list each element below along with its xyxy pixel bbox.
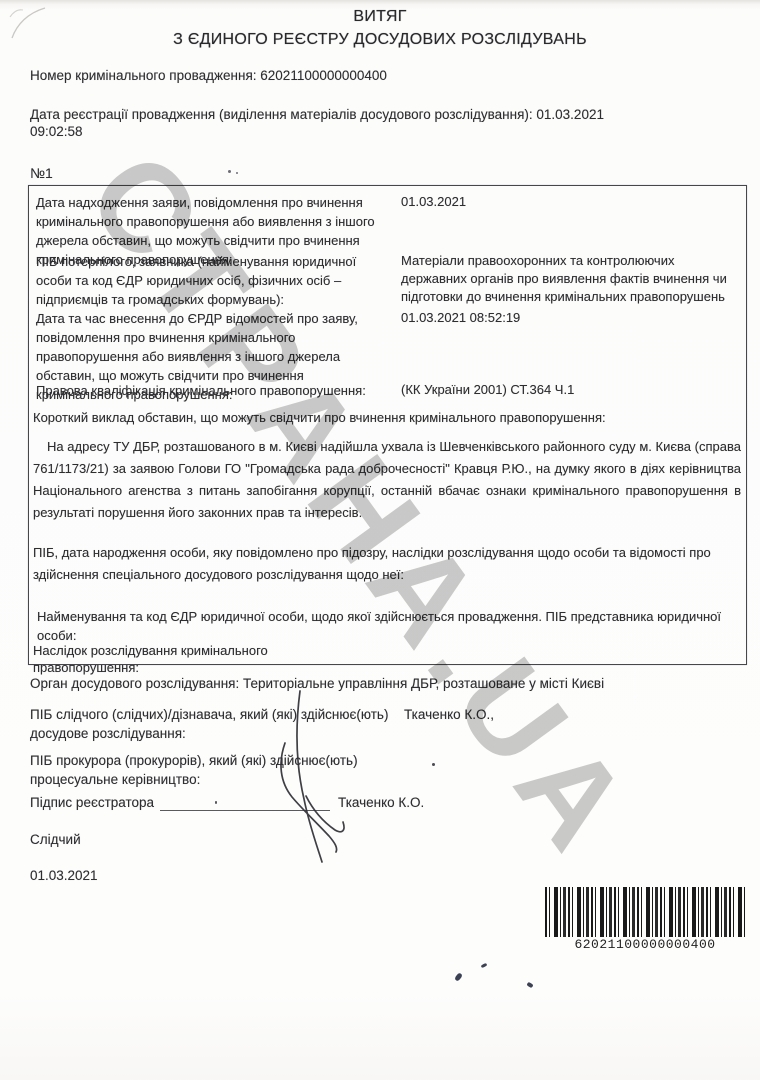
authority-line: Орган досудового розслідування: Територі… [30,674,750,693]
table-row-value: 01.03.2021 08:52:19 [401,309,743,327]
ink-speck [454,972,463,981]
barcode [545,887,745,937]
document-title-line2: З ЄДИНОГО РЕЄСТРУ ДОСУДОВИХ РОЗСЛІДУВАНЬ [0,29,760,51]
table-row-label: Правова кваліфікація кримінального право… [36,381,389,400]
registration-time-text: 09:02:58 [30,124,83,139]
barcode-number: 62021100000000400 [545,937,745,952]
scan-speck [432,763,435,766]
date-line: 01.03.2021 [30,866,98,885]
table-row-value: (КК України 2001) СТ.364 Ч.1 [401,381,743,399]
table-row-value: Матеріали правоохоронних та контролюючих… [401,252,743,306]
table-row-value: 01.03.2021 [401,193,743,211]
outcome-label: Наслідок розслідування кримінального пра… [33,624,298,676]
suspect-heading: ПІБ, дата народження особи, яку повідомл… [33,542,743,586]
registration-date-text: Дата реєстрації провадження (виділення м… [30,107,604,122]
document-title-line1: ВИТЯГ [0,6,760,28]
scanned-document-page: СТРАНА.UA ВИТЯГ З ЄДИНОГО РЕЄСТРУ ДОСУДО… [0,0,760,1080]
role-label: Слідчий [30,830,81,849]
investigator-name: Ткаченко К.О., [404,705,494,724]
case-number-label: Номер кримінального провадження: [30,68,257,83]
record-index: №1 [30,164,53,183]
pen-tick [215,801,217,804]
case-details-table: Дата надходження заяви, повідомлення про… [28,185,747,665]
table-row-label: ПІБ потерпілого, заявника (найменування … [36,252,389,309]
registrar-signature [258,683,362,873]
ink-speck [526,982,533,989]
registrar-label: Підпис реєстратора [30,793,154,812]
ink-speck [481,963,488,968]
case-number-line: Номер кримінального провадження: 6202110… [30,66,387,85]
scan-speck [236,172,238,174]
summary-heading: Короткий виклад обставин, що можуть свід… [33,408,743,427]
registration-date-line: Дата реєстрації провадження (виділення м… [30,106,730,140]
case-number-value: 62021100000000400 [260,68,387,83]
scan-speck [228,170,231,173]
registrar-signature-row: Підпис реєстратора Ткаченко К.О. [30,793,424,812]
scan-edge-shading [0,0,760,4]
summary-text: На адресу ТУ ДБР, розташованого в м. Киє… [33,436,741,524]
